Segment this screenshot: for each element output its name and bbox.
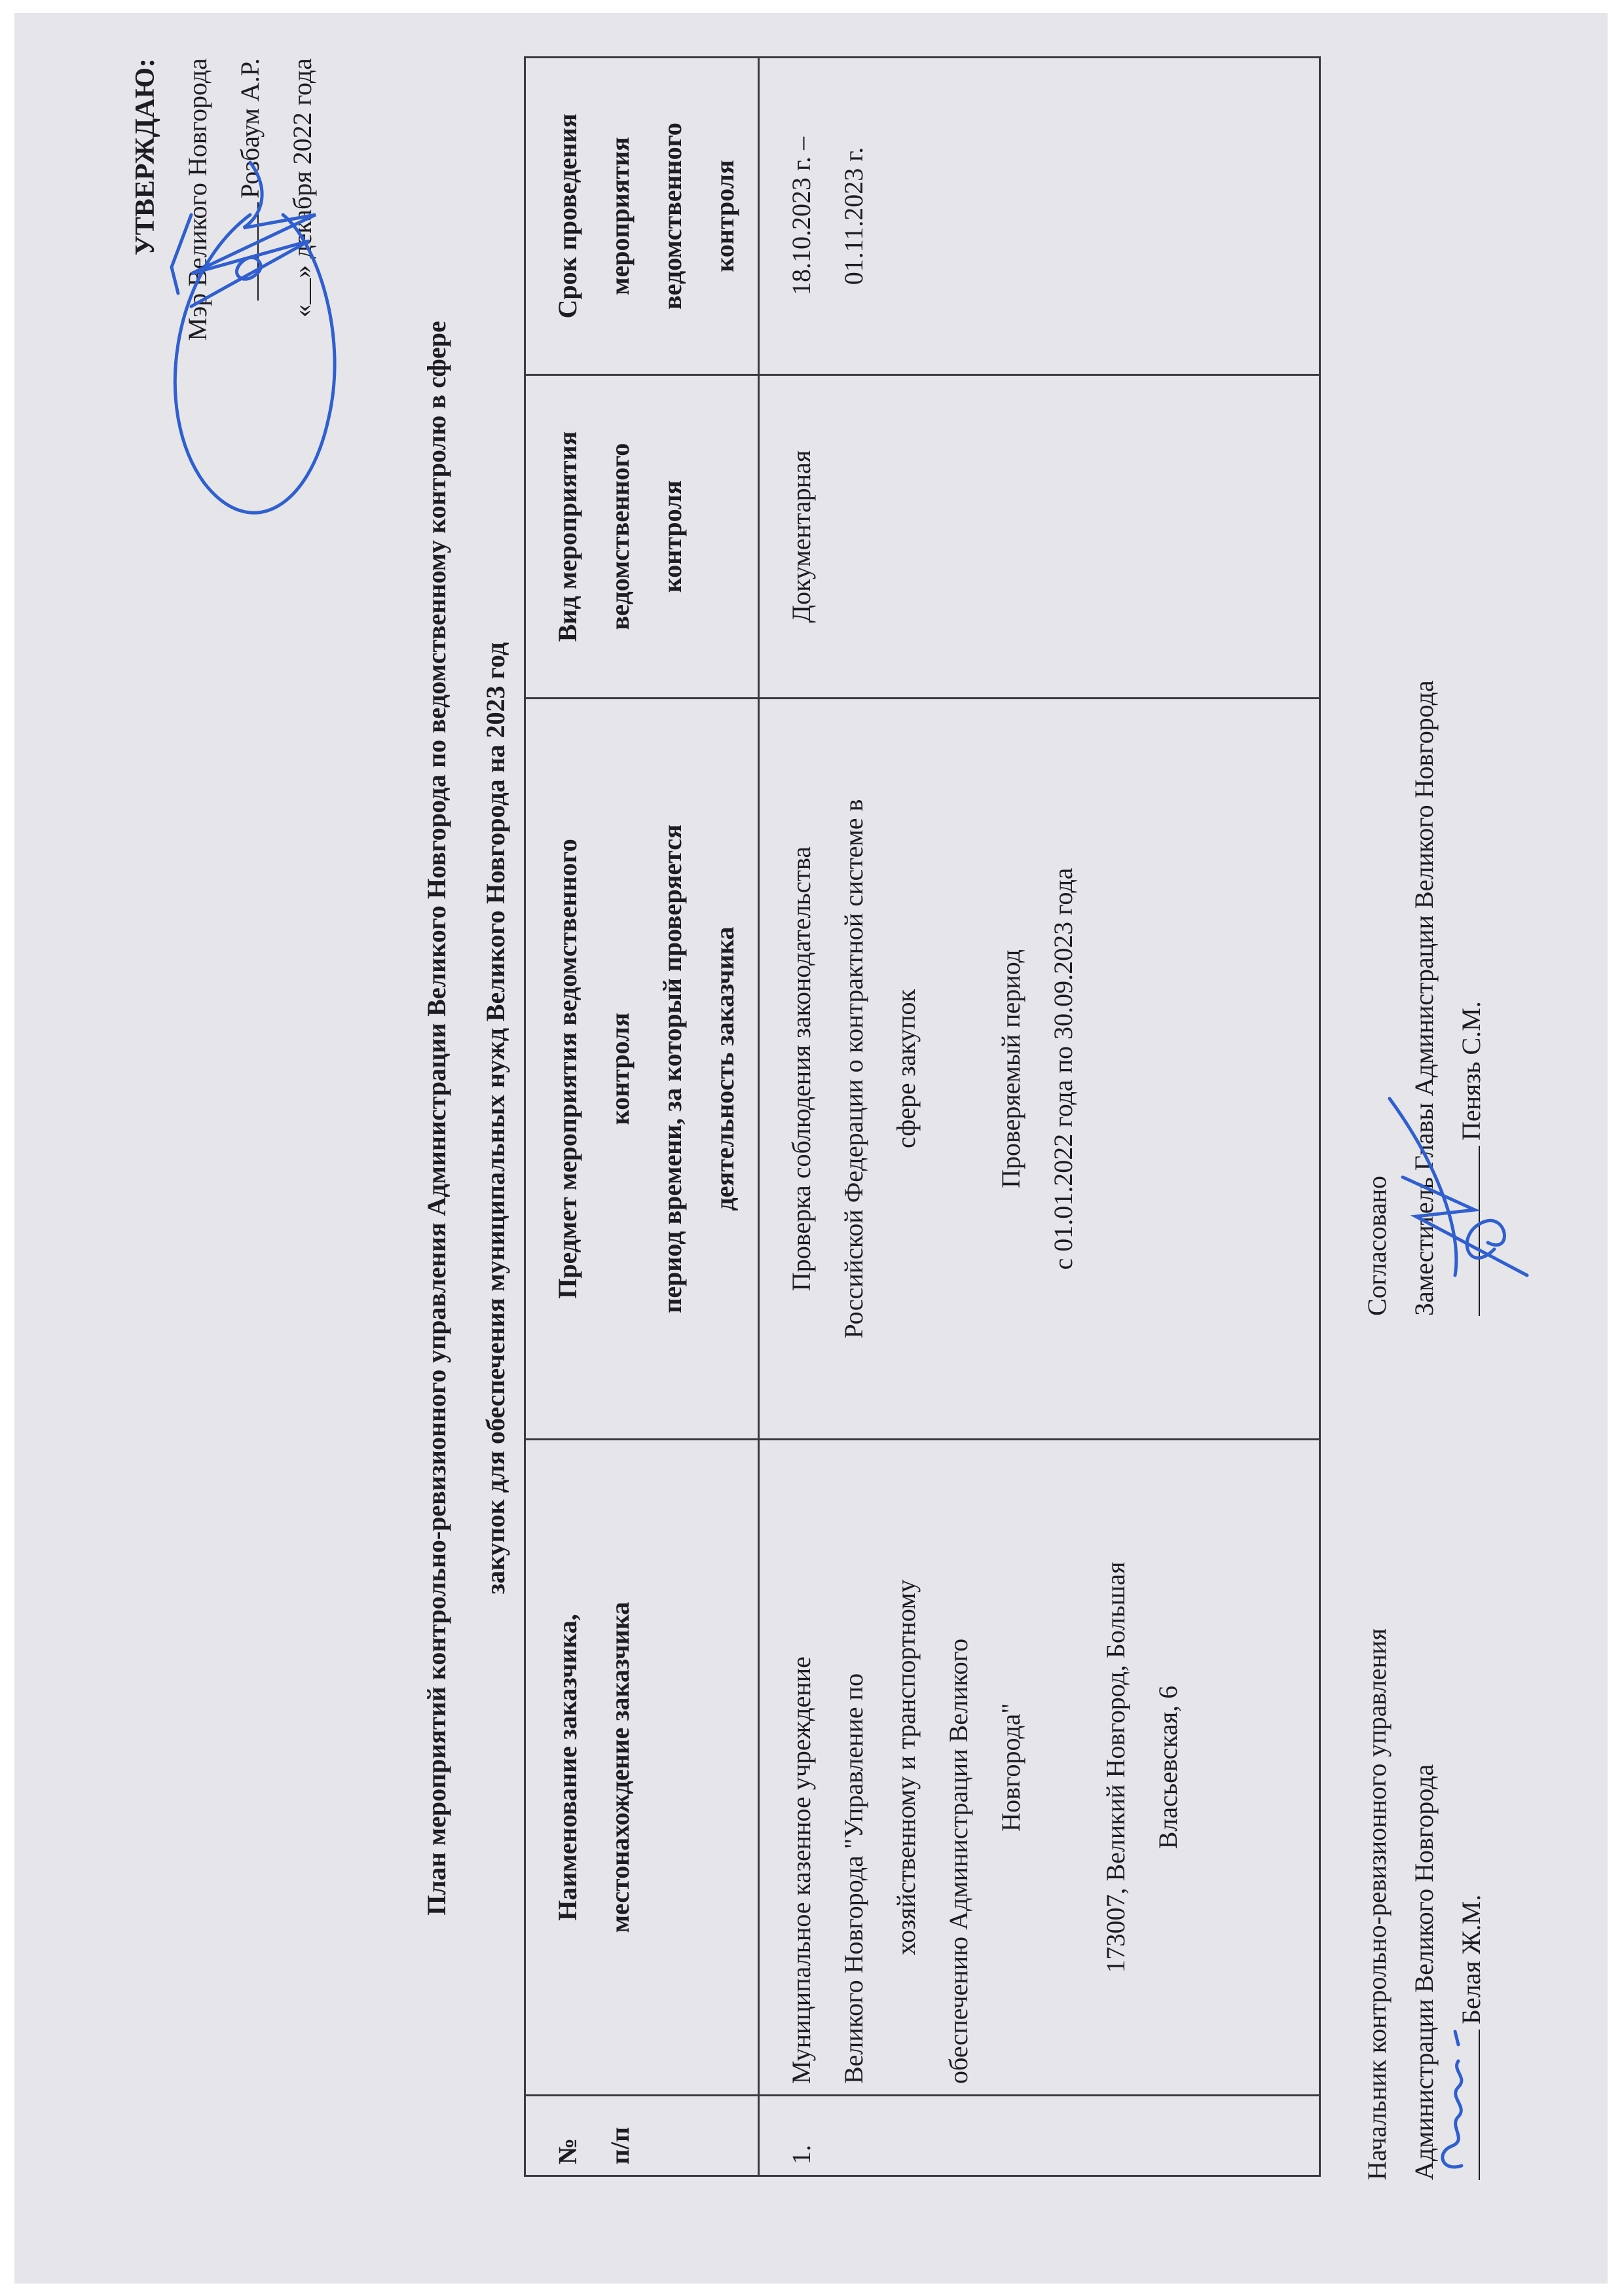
table-row: 1. Муниципальное казенное учреждение Вел…: [759, 58, 1320, 2176]
agreed-signature-block: Согласовано Заместитель Главы Администра…: [1354, 680, 1495, 1316]
period-label: Проверяемый период: [985, 710, 1037, 1428]
cell-term: 18.10.2023 г. – 01.11.2023 г.: [759, 58, 1320, 375]
date-close-quote: »: [287, 265, 317, 278]
cell-subject: Проверка соблюдения законодательства Рос…: [759, 699, 1320, 1440]
date-rest: декабря 2022 года: [287, 58, 317, 259]
cell-type: Документарная: [759, 375, 1320, 699]
title-line-1: План мероприятий контрольно-ревизионного…: [407, 58, 466, 2179]
date-open-quote: «: [287, 304, 317, 318]
signature-line: [1478, 1146, 1480, 1316]
signature-line: [1478, 2030, 1480, 2180]
cell-number: 1.: [759, 2096, 1320, 2176]
header-number: № п/п: [525, 2096, 759, 2176]
document-sheet: УТВЕРЖДАЮ: Мэр Великого Новгорода Розбау…: [14, 13, 1608, 2284]
period-value: с 01.01.2022 года по 30.09.2023 года: [1037, 710, 1090, 1428]
cell-customer: Муниципальное казенное учреждение Велико…: [759, 1440, 1320, 2096]
header-term: Срок проведения мероприятия ведомственно…: [525, 58, 759, 375]
date-day-blank: [309, 278, 311, 304]
approval-position: Мэр Великого Новгорода: [172, 58, 224, 340]
header-type: Вид мероприятия ведомственного контроля: [525, 375, 759, 699]
agreed-label: Согласовано: [1354, 680, 1401, 1316]
document-title: План мероприятий контрольно-ревизионного…: [407, 58, 525, 2179]
head-position-line-1: Начальник контрольно-ревизионного управл…: [1354, 1628, 1401, 2180]
header-customer: Наименование заказчика, местонахождение …: [525, 1440, 759, 2096]
approval-heading: УТВЕРЖДАЮ:: [119, 58, 172, 340]
signature-blank: [257, 202, 259, 301]
title-line-2: закупок для обеспечения муниципальных ну…: [466, 58, 525, 2179]
head-name: Белая Ж.М.: [1456, 1895, 1486, 2024]
table-header-row: № п/п Наименование заказчика, местонахож…: [525, 58, 759, 2176]
head-position-line-2: Администрации Великого Новгорода: [1401, 1628, 1448, 2180]
approval-date: «» декабря 2022 года: [276, 58, 329, 340]
approval-signatory: Розбаум А.Р.: [235, 58, 265, 198]
header-subject: Предмет мероприятия ведомственного контр…: [525, 699, 759, 1440]
head-signature-block: Начальник контрольно-ревизионного управл…: [1354, 1628, 1495, 2180]
plan-table: № п/п Наименование заказчика, местонахож…: [524, 56, 1321, 2177]
approval-block: УТВЕРЖДАЮ: Мэр Великого Новгорода Розбау…: [119, 58, 329, 340]
agreed-position: Заместитель Главы Администрации Великого…: [1401, 680, 1448, 1316]
approval-signatory-line: Розбаум А.Р.: [224, 58, 276, 340]
agreed-name: Пенязь С.М.: [1456, 1001, 1486, 1140]
customer-address: 173007, Великий Новгород, Большая: [1090, 1451, 1142, 2084]
